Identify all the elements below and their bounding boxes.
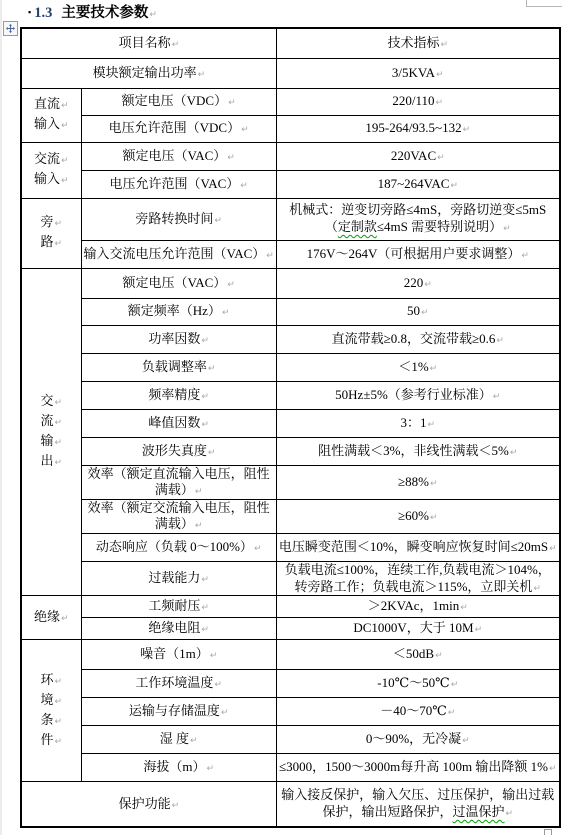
table-move-handle[interactable] [3, 21, 18, 36]
cell-load-regulation-value[interactable]: ＜1%↵↵ [276, 353, 559, 381]
cell-efficiency-dc-value[interactable]: ≥88%↵↵ [276, 465, 559, 499]
cell-mark: ↵ [241, 125, 249, 135]
cell-category-insulation[interactable]: 绝缘↵ [21, 596, 81, 640]
cell-efficiency-dc-label[interactable]: 效率（额定直流输入电压，阻性满载）↵ [81, 465, 276, 499]
label-text: 输入交流电压允许范围（VAC） [84, 246, 266, 261]
label-text: 噪音（1m） [140, 646, 209, 661]
cell-dynamic-response-value[interactable]: 电压瞬变范围＜10%，瞬变响应恢复时间≤20mS↵↵ [276, 534, 559, 562]
cell-storage-temp-label[interactable]: 运输与存储温度↵ [81, 698, 276, 726]
value-text: 3/5KVA [392, 65, 435, 80]
heading-number: 1.3 [34, 5, 52, 21]
cell-mark: ↵ [436, 70, 444, 80]
cell-mark: ↵ [201, 336, 209, 346]
value-text: 220/110 [392, 93, 434, 108]
cell-mark: ↵ [463, 125, 471, 135]
cell-mark: ↵ [61, 176, 69, 186]
cell-mark: ↵ [460, 603, 468, 613]
cell-distortion-value[interactable]: 阻性满载＜3%，非线性满载＜5%↵↵ [276, 437, 559, 465]
cell-mark: ↵ [201, 420, 209, 430]
cell-dc-rated-voltage-label[interactable]: 额定电压（VDC）↵ [81, 88, 276, 115]
category-text: 条 [40, 712, 53, 727]
cell-withstand-voltage-label[interactable]: 工频耐压↵ [81, 596, 276, 618]
value-text: 电压瞬变范围＜10%，瞬变响应恢复时间≤20mS [279, 539, 548, 554]
label-text: 频率精度 [148, 387, 200, 402]
category-line: 输入↵ [24, 115, 79, 135]
category-line: 路↵ [24, 233, 79, 253]
cell-mark: ↵ [493, 392, 501, 402]
category-line: 出↵ [24, 452, 79, 472]
value-text: DC1000V，大于 10M [353, 620, 473, 635]
cell-protection-label[interactable]: 保护功能↵ [21, 782, 276, 827]
cell-rated-frequency-label[interactable]: 额定频率（Hz）↵ [81, 298, 276, 325]
cell-mark: ↵ [475, 625, 483, 635]
category-text: 输入 [34, 171, 60, 186]
cell-bypass-input-range-label[interactable]: 输入交流电压允许范围（VAC）↵ [81, 240, 276, 268]
cell-mark: ↵ [228, 98, 236, 108]
label-text: 保护功能 [119, 796, 171, 811]
spellcheck-flagged-text: 定制款 [338, 219, 377, 234]
cell-mark: ↵ [201, 603, 209, 613]
cell-mark: ↵ [54, 458, 62, 468]
value-text: 50Hz±5%（参考行业标准） [335, 387, 492, 402]
cell-mark: ↵ [198, 70, 206, 80]
category-text: 路 [40, 234, 53, 249]
category-text: 流 [40, 413, 53, 428]
cell-operating-temp-value[interactable]: -10℃～50℃↵↵ [276, 670, 559, 698]
cell-overload-value[interactable]: 负载电流≤100%，连续工作,负载电流＞104%，转旁路工作；负载电流＞115%… [276, 562, 559, 596]
cell-dc-rated-voltage-value[interactable]: 220/110↵↵ [276, 88, 559, 115]
cell-mark: ↵ [54, 737, 62, 747]
value-text: 负载电流≤100%，连续工作,负载电流＞104%，转旁路工作；负载电流＞115%… [285, 562, 551, 594]
cell-mark: ↵ [214, 680, 222, 690]
cell-noise-label[interactable]: 噪音（1m）↵ [81, 640, 276, 670]
cell-mark: ↵ [421, 308, 429, 318]
label-text: 绝缘电阻 [148, 620, 200, 635]
cell-mark: ↵ [436, 98, 444, 108]
category-line: 直流↵ [24, 95, 79, 115]
cell-mark: ↵ [430, 479, 438, 489]
category-text: 境 [40, 692, 53, 707]
value-text: 3：1 [400, 415, 426, 430]
value-text: ≤3000，1500～3000m每升高 100m 输出降额 1% [279, 759, 548, 774]
cell-mark: ↵ [227, 280, 235, 290]
move-arrows-icon [6, 20, 15, 38]
category-line: 环↵ [24, 671, 79, 691]
cell-frequency-accuracy-value[interactable]: 50Hz±5%（参考行业标准）↵↵ [276, 381, 559, 409]
cell-mark: ↵ [201, 575, 209, 585]
cell-mark: ↵ [210, 651, 218, 661]
label-text: 过载能力 [148, 570, 200, 585]
category-line: 境↵ [24, 691, 79, 711]
cell-mark: ↵ [54, 438, 62, 448]
value-text: 187~264VAC [378, 176, 450, 191]
value-text: -10℃～50℃ [377, 675, 449, 690]
cell-ac-rated-voltage-value[interactable]: 220VAC↵↵ [276, 142, 559, 170]
label-text: 工频耐压 [148, 598, 200, 613]
paragraph-mark: ↵ [149, 10, 157, 20]
cell-mark: ↵ [448, 708, 456, 718]
cell-mark: ↵ [503, 224, 511, 234]
value-text: ≥88% [398, 474, 429, 489]
cell-crest-factor-value[interactable]: 3：1↵↵ [276, 409, 559, 437]
cell-mark: ↵ [549, 764, 557, 774]
cell-mark: ↵ [450, 181, 458, 191]
cell-frequency-accuracy-label[interactable]: 频率精度↵ [81, 381, 276, 409]
cell-mark: ↵ [549, 544, 557, 554]
label-text: 额定频率（Hz） [128, 303, 221, 318]
cell-mark: ↵ [61, 614, 69, 624]
category-text: 出 [40, 453, 53, 468]
cell-mark: ↵ [451, 680, 459, 690]
cell-load-regulation-label[interactable]: 负载调整率↵ [81, 353, 276, 381]
cell-mark: ↵ [506, 809, 514, 819]
value-text: ≥60% [398, 508, 429, 523]
cell-mark: ↵ [195, 487, 203, 497]
cell-mark: ↵ [54, 418, 62, 428]
value-text: ＞2KVAc，1min [368, 598, 459, 613]
label-text: 波形失真度 [142, 443, 207, 458]
category-line: 条↵ [24, 711, 79, 731]
cell-protection-value[interactable]: 输入接反保护，输入欠压、过压保护，输出过载保护，输出短路保护，过温保护↵↵ [276, 782, 559, 827]
cell-dc-voltage-range-value[interactable]: 195-264/93.5~132↵↵ [276, 115, 559, 142]
cell-mark: ↵ [208, 448, 216, 458]
cell-withstand-voltage-value[interactable]: ＞2KVAc，1min↵↵ [276, 596, 559, 618]
tech-params-table: 项目名称↵ 技术指标↵↵ 模块额定输出功率↵ 3/5KVA↵↵ 直流↵ 输入↵ … [20, 27, 561, 828]
cell-power-factor-value[interactable]: 直流带载≥0.8，交流带载≥0.6↵↵ [276, 325, 559, 353]
value-text: 220 [404, 275, 424, 290]
category-text: 直流 [34, 96, 60, 111]
label-text: 额定电压（VAC） [123, 148, 227, 163]
cell-module-power-value[interactable]: 3/5KVA↵↵ [276, 58, 559, 88]
cell-header-item[interactable]: 项目名称↵ [21, 28, 276, 58]
cell-mark: ↵ [61, 156, 69, 166]
cell-mark: ↵ [440, 40, 448, 50]
category-line: 交流↵ [24, 150, 79, 170]
table-resize-handle[interactable] [544, 829, 552, 835]
cell-ac-voltage-range-label[interactable]: 电压允许范围（VAC）↵ [81, 170, 276, 198]
cell-ac-voltage-range-value[interactable]: 187~264VAC↵↵ [276, 170, 559, 198]
cell-rated-frequency-value[interactable]: 50↵↵ [276, 298, 559, 325]
cell-category-ac-input[interactable]: 交流↵ 输入↵ [21, 142, 81, 198]
cell-out-rated-voltage-label[interactable]: 额定电压（VAC）↵ [81, 268, 276, 298]
cell-out-rated-voltage-value[interactable]: 220↵↵ [276, 268, 559, 298]
category-line: 输↵ [24, 432, 79, 452]
cell-mark: ↵ [435, 651, 443, 661]
cell-mark: ↵ [533, 584, 541, 594]
cell-overload-label[interactable]: 过载能力↵ [81, 562, 276, 596]
cell-bypass-input-range-value[interactable]: 176V～264V（可根据用户要求调整）↵↵ [276, 240, 559, 268]
cell-mark: ↵ [206, 764, 214, 774]
cell-efficiency-ac-label[interactable]: 效率（额定交流输入电压，阻性满载）↵ [81, 499, 276, 533]
label-text: 额定电压（VDC） [122, 93, 227, 108]
cell-category-bypass[interactable]: 旁↵ 路↵ [21, 198, 81, 268]
cell-dc-voltage-range-label[interactable]: 电压允许范围（VDC）↵ [81, 115, 276, 142]
category-line: 输入↵ [24, 170, 79, 190]
value-text: 直流带载≥0.8，交流带载≥0.6 [332, 331, 496, 346]
document-page: { "marks": { "return": "↵" }, "heading":… [0, 0, 562, 835]
cell-mark: ↵ [190, 736, 198, 746]
cell-mark: ↵ [424, 280, 432, 290]
cell-mark: ↵ [240, 181, 248, 191]
category-text: 件 [40, 732, 53, 747]
cell-humidity-value[interactable]: 0～90%，无冷凝↵↵ [276, 726, 559, 754]
cell-storage-temp-value[interactable]: －40～70℃↵↵ [276, 698, 559, 726]
label-text: 工作环境温度 [135, 675, 213, 690]
cell-bypass-time-label[interactable]: 旁路转换时间↵ [81, 198, 276, 240]
cell-mark: ↵ [54, 717, 62, 727]
cell-mark: ↵ [61, 101, 69, 111]
category-text: 输入 [34, 116, 60, 131]
label-text: 海拔（m） [143, 759, 205, 774]
cell-mark: ↵ [195, 521, 203, 531]
cell-mark: ↵ [54, 219, 62, 229]
cell-mark: ↵ [172, 801, 180, 811]
header-item-text: 项目名称 [119, 35, 171, 50]
cell-mark: ↵ [54, 239, 62, 249]
cell-altitude-value[interactable]: ≤3000，1500～3000m每升高 100m 输出降额 1%↵↵ [276, 754, 559, 782]
cell-mark: ↵ [430, 513, 438, 523]
category-text: 绝缘 [34, 609, 60, 624]
value-text: ≤4mS 需要特别说明） [377, 219, 502, 234]
category-text: 旁 [40, 214, 53, 229]
label-text: 旁路转换时间 [135, 211, 213, 226]
cell-mark: ↵ [496, 336, 504, 346]
category-line: 流↵ [24, 412, 79, 432]
cell-mark: ↵ [214, 216, 222, 226]
value-text: 阻性满载＜3%，非线性满载＜5% [318, 443, 509, 458]
label-text: 模块额定输出功率 [93, 65, 197, 80]
value-text: 220VAC [391, 148, 436, 163]
cell-mark: ↵ [208, 364, 216, 374]
cell-mark: ↵ [221, 708, 229, 718]
cell-mark: ↵ [54, 697, 62, 707]
cell-altitude-label[interactable]: 海拔（m）↵ [81, 754, 276, 782]
cell-header-value[interactable]: 技术指标↵↵ [276, 28, 559, 58]
value-text: ＜1% [398, 359, 428, 374]
cell-mark: ↵ [254, 544, 262, 554]
category-line: 件↵ [24, 731, 79, 751]
value-text: 176V～264V（可根据用户要求调整） [307, 246, 521, 261]
cell-category-dc-input[interactable]: 直流↵ 输入↵ [21, 88, 81, 142]
cell-noise-value[interactable]: ＜50dB↵↵ [276, 640, 559, 670]
cell-power-factor-label[interactable]: 功率因数↵ [81, 325, 276, 353]
heading-text: 主要技术参数 [61, 5, 148, 21]
value-text: 195-264/93.5~132 [365, 120, 461, 135]
cell-mark: ↵ [222, 308, 230, 318]
cell-bypass-time-value[interactable]: 机械式：逆变切旁路≤4mS，旁路切逆变≤5mS（定制款≤4mS 需要特别说明）↵… [276, 198, 559, 240]
label-text: 额定电压（VAC） [123, 275, 227, 290]
label-text: 效率（额定交流输入电压，阻性满载） [88, 500, 270, 532]
cell-mark: ↵ [172, 40, 180, 50]
cell-mark: ↵ [427, 420, 435, 430]
label-text: 效率（额定直流输入电压，阻性满载） [88, 466, 270, 498]
spellcheck-flagged-text: 过温保护 [452, 804, 504, 819]
heading-bullet: ▪ [28, 7, 31, 17]
cell-mark: ↵ [462, 736, 470, 746]
category-text: 输 [40, 433, 53, 448]
header-value-text: 技术指标 [387, 35, 439, 50]
cell-mark: ↵ [521, 251, 529, 261]
cell-mark: ↵ [201, 392, 209, 402]
cell-mark: ↵ [430, 364, 438, 374]
label-text: 电压允许范围（VDC） [109, 120, 240, 135]
value-text: ＜50dB [393, 646, 434, 661]
cell-insulation-resistance-value[interactable]: DC1000V，大于 10M↵↵ [276, 618, 559, 640]
label-text: 峰值因数 [148, 415, 200, 430]
cell-dynamic-response-label[interactable]: 动态响应（负载 0～100%）↵ [81, 534, 276, 562]
cell-mark: ↵ [437, 153, 445, 163]
label-text: 功率因数 [148, 331, 200, 346]
cell-mark: ↵ [54, 398, 62, 408]
value-text: 输入接反保护，输入欠压、过压保护，输出过载保护，输出短路保护， [281, 787, 554, 819]
cell-module-power-label[interactable]: 模块额定输出功率↵ [21, 58, 276, 88]
label-text: 运输与存储温度 [129, 703, 220, 718]
cell-category-environment[interactable]: 环↵ 境↵ 条↵ 件↵ [21, 640, 81, 782]
cell-humidity-label[interactable]: 湿 度↵ [81, 726, 276, 754]
cell-mark: ↵ [54, 677, 62, 687]
label-text: 负载调整率 [142, 359, 207, 374]
cell-efficiency-ac-value[interactable]: ≥60%↵↵ [276, 499, 559, 533]
cell-mark: ↵ [510, 448, 518, 458]
cell-ac-rated-voltage-label[interactable]: 额定电压（VAC）↵ [81, 142, 276, 170]
cell-crest-factor-label[interactable]: 峰值因数↵ [81, 409, 276, 437]
cell-mark: ↵ [61, 121, 69, 131]
cell-insulation-resistance-label[interactable]: 绝缘电阻↵ [81, 618, 276, 640]
value-text: －40～70℃ [380, 703, 447, 718]
label-text: 动态响应（负载 0～100%） [96, 539, 253, 554]
category-line: 旁↵ [24, 213, 79, 233]
cell-mark: ↵ [266, 251, 274, 261]
page-edge [0, 0, 2, 835]
label-text: 湿 度 [160, 731, 189, 746]
label-text: 电压允许范围（VAC） [110, 176, 240, 191]
category-line: 交↵ [24, 392, 79, 412]
value-text: 机械式：逆变切旁路≤4mS，旁路切逆变≤5mS [289, 202, 546, 217]
value-text: 0～90%，无冷凝 [366, 731, 461, 746]
value-text: 50 [407, 303, 420, 318]
category-line: 绝缘↵ [24, 608, 79, 628]
cell-mark: ↵ [227, 153, 235, 163]
section-heading[interactable]: ▪1.3主要技术参数↵ [28, 1, 157, 22]
category-text: 交 [40, 393, 53, 408]
cell-category-ac-output[interactable]: 交↵ 流↵ 输↵ 出↵ [21, 268, 81, 596]
cell-distortion-label[interactable]: 波形失真度↵ [81, 437, 276, 465]
cropped-box-fragment [526, 0, 562, 7]
cell-mark: ↵ [201, 625, 209, 635]
cell-operating-temp-label[interactable]: 工作环境温度↵ [81, 670, 276, 698]
category-text: 环 [40, 672, 53, 687]
category-text: 交流 [34, 151, 60, 166]
value-text: （ [325, 219, 338, 234]
